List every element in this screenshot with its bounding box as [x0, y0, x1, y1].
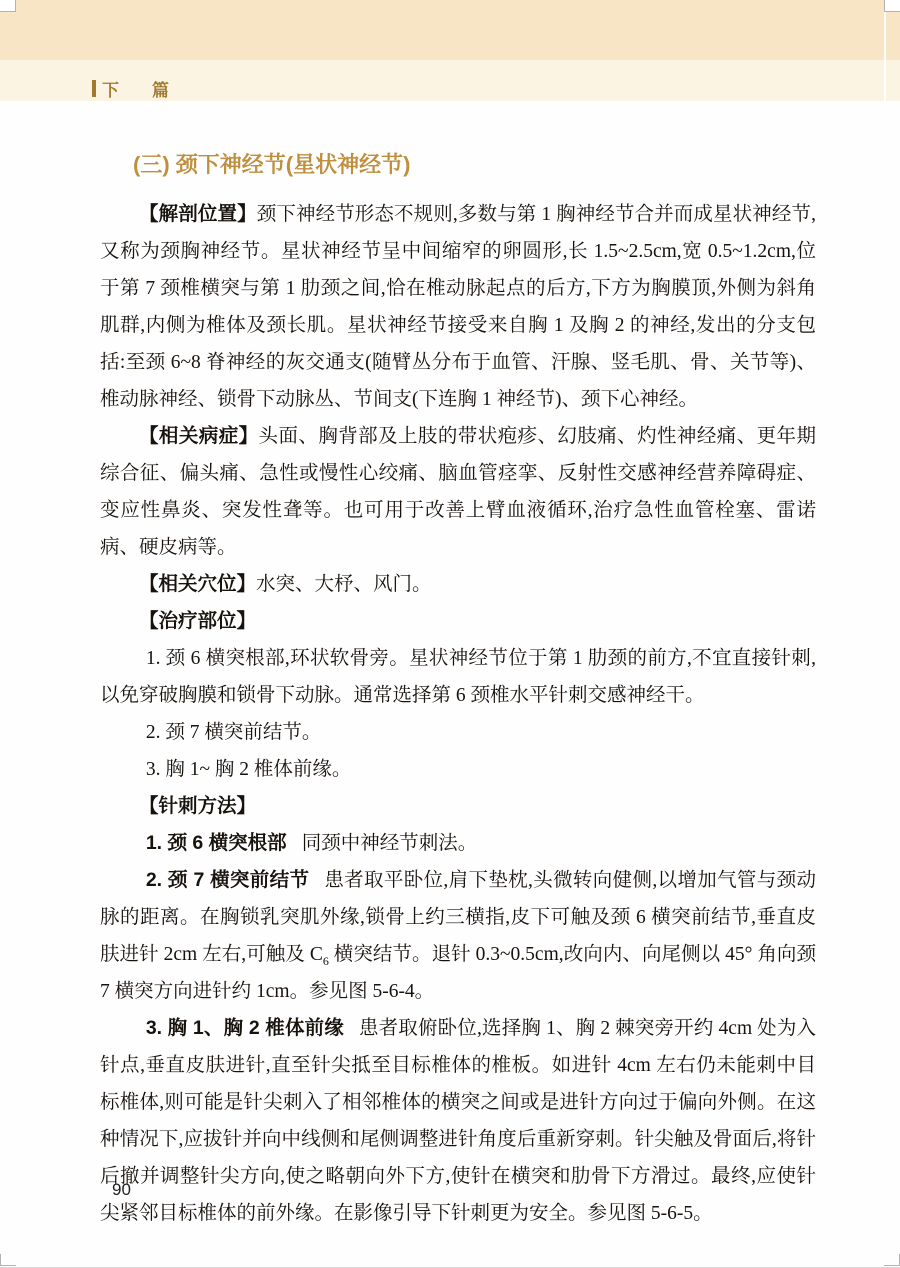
paragraph-indications: 【相关病症】头面、胸背部及上肢的带状疱疹、幻肢痛、灼性神经痛、更年期综合征、偏头…: [100, 418, 816, 566]
section-title: (三) 颈下神经节(星状神经节): [100, 150, 816, 180]
header-part-label: 下: [102, 76, 119, 101]
top-band: [0, 0, 900, 60]
needling-method-item-3: 3. 胸 1、胸 2 椎体前缘患者取俯卧位,选择胸 1、胸 2 棘突旁开约 4c…: [100, 1010, 816, 1232]
treatment-site-item-1: 1. 颈 6 横突根部,环状软骨旁。星状神经节位于第 1 肋颈的前方,不宜直接针…: [100, 640, 816, 714]
scan-corner-bottom-right: [884, 1254, 900, 1266]
treatment-site-item-3: 3. 胸 1~ 胸 2 椎体前缘。: [100, 751, 816, 788]
paragraph-anatomy: 【解剖位置】颈下神经节形态不规则,多数与第 1 胸神经节合并而成星状神经节,又称…: [100, 196, 816, 418]
paragraph-acupoints-label: 【相关穴位】: [139, 573, 256, 595]
needling-method-item-2-lead: 2. 颈 7 横突前结节: [146, 869, 325, 891]
paragraph-acupoints-text: 水突、大杼、风门。: [256, 574, 432, 595]
paragraph-indications-label: 【相关病症】: [139, 425, 259, 447]
treatment-site-item-2: 2. 颈 7 横突前结节。: [100, 714, 816, 751]
running-header: 下 篇: [92, 78, 169, 98]
page-edge-line: [884, 0, 886, 101]
scan-corner-top-left: [0, 0, 16, 12]
needling-method-item-1-text: 同颈中神经节刺法。: [302, 833, 478, 854]
book-page: { "header": { "part_label_left": "下", "p…: [0, 0, 900, 1268]
paragraph-acupoints: 【相关穴位】水突、大杼、风门。: [100, 566, 816, 603]
treatment-sites-label: 【治疗部位】: [139, 610, 256, 632]
needling-method-item-2: 2. 颈 7 横突前结节患者取平卧位,肩下垫枕,头微转向健侧,以增加气管与颈动脉…: [100, 862, 816, 1010]
page-content: (三) 颈下神经节(星状神经节) 【解剖位置】颈下神经节形态不规则,多数与第 1…: [100, 150, 816, 1232]
page-number: 90: [112, 1180, 131, 1200]
paragraph-treatment-sites-heading: 【治疗部位】: [100, 603, 816, 640]
needling-method-item-1: 1. 颈 6 横突根部同颈中神经节刺法。: [100, 825, 816, 862]
scan-corner-top-right: [884, 0, 900, 12]
scan-corner-bottom-left: [0, 1254, 16, 1266]
needling-method-item-1-lead: 1. 颈 6 横突根部: [146, 832, 302, 854]
header-part-label-2: 篇: [152, 76, 169, 101]
paragraph-anatomy-label: 【解剖位置】: [139, 203, 257, 225]
needling-method-label: 【针刺方法】: [139, 795, 256, 817]
paragraph-needling-method-heading: 【针刺方法】: [100, 788, 816, 825]
needling-method-item-3-text: 患者取俯卧位,选择胸 1、胸 2 棘突旁开约 4cm 处为入针点,垂直皮肤进针,…: [100, 1018, 816, 1224]
needling-method-item-3-lead: 3. 胸 1、胸 2 椎体前缘: [146, 1017, 359, 1039]
header-accent-bar: [92, 80, 96, 97]
paragraph-anatomy-text: 颈下神经节形态不规则,多数与第 1 胸神经节合并而成星状神经节,又称为颈胸神经节…: [100, 204, 816, 410]
